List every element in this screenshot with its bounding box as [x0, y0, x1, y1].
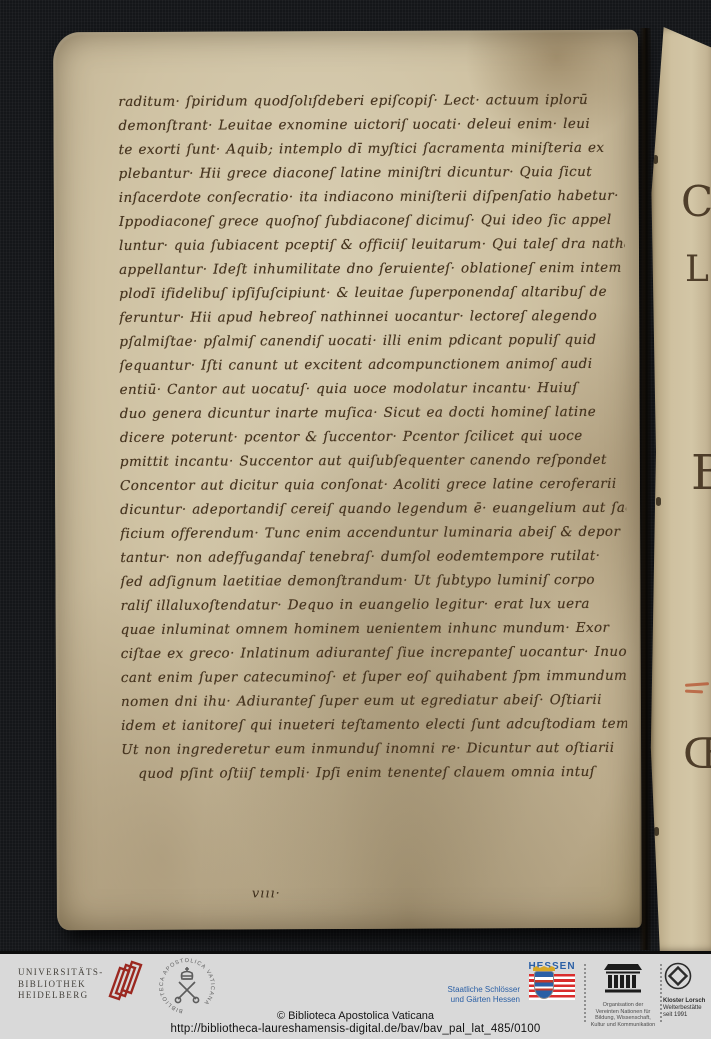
vatican-seal-text: BIBLIOTECA APOSTOLICA VATICANA — [159, 958, 215, 1014]
manuscript-text-line: ſequantur· Iſti canunt ut excitent adcom… — [119, 352, 625, 378]
manuscript-text-line: raliſ illaluxoſtendatur· Dequo in euange… — [120, 592, 626, 618]
stitch-mark — [653, 155, 658, 164]
facing-fragment-letter: L — [685, 249, 709, 290]
manuscript-page: raditum· ſpiridum quodſolıſdeberi epiſco… — [53, 30, 642, 931]
manuscript-text-block: raditum· ſpiridum quodſolıſdeberi epiſco… — [118, 88, 627, 786]
manuscript-text-line: quod pſint oſtiiſ templi· Ipſi enim tene… — [121, 760, 627, 786]
manuscript-text-line: dicuntur· adeportandiſ cereiſ quando leg… — [120, 496, 626, 522]
stitch-mark — [656, 497, 661, 506]
manuscript-text-line: Ut non ingrederetur eum inmunduſ inomni … — [121, 736, 627, 762]
svg-text:BIBLIOTECA APOSTOLICA VATICANA: BIBLIOTECA APOSTOLICA VATICANA — [159, 958, 215, 1014]
hessen-caption-line: Staatliche Schlösser — [408, 985, 520, 995]
quire-mark: vııı· — [252, 886, 281, 901]
digitized-manuscript-viewer: raditum· ſpiridum quodſolıſdeberi epiſco… — [0, 0, 711, 1039]
manuscript-text-line: raditum· ſpiridum quodſolıſdeberi epiſco… — [118, 88, 624, 114]
manuscript-text-line: ciſtae ex greco· Inlatinum adiuranteſ ſi… — [121, 640, 627, 666]
copyright-notice: © Biblioteca Apostolica Vaticana — [0, 1010, 711, 1022]
red-rubric-marks — [685, 679, 709, 697]
footer-bar: UNIVERSITÄTS-BIBLIOTHEKHEIDELBERG BIBLIO… — [0, 951, 711, 1039]
heidelberg-books-icon — [96, 956, 148, 1008]
unesco-temple-icon — [601, 962, 645, 994]
manuscript-text-line: te exorti ſunt· Aquib; intemplo dī myſti… — [119, 136, 625, 162]
facing-fragment-letter: C — [681, 177, 711, 226]
stitch-mark — [654, 827, 659, 836]
kloster-lorsch-caption-line: Kloster Lorsch — [663, 998, 709, 1005]
world-heritage-emblem-icon — [663, 961, 693, 991]
heidelberg-label-line: BIBLIOTHEK — [18, 979, 104, 991]
manuscript-text-line: quae inluminat omnem hominem uenientem i… — [121, 616, 627, 642]
heidelberg-label-line: HEIDELBERG — [18, 990, 104, 1002]
manuscript-text-line: nomen dni ihu· Adiuranteſ ſuper eum ut e… — [121, 688, 627, 714]
manuscript-text-line: appellantur· Ideſt inhumilitate dno ſeru… — [119, 256, 625, 282]
manuscript-text-line: Ippodiaconeſ grece quoſnoſ ſubdiaconeſ d… — [119, 208, 625, 234]
manuscript-text-line: luntur· quia ſubiacent pceptiſ & officii… — [119, 232, 625, 258]
vatican-seal-icon: BIBLIOTECA APOSTOLICA VATICANA — [158, 957, 216, 1015]
manuscript-text-line: duo genera dicuntur inarte muſica· Sicut… — [120, 400, 626, 426]
manuscript-text-line: demonſtrant· Leuitae exnomine uictoriſ u… — [118, 112, 624, 138]
hessen-caption-line: und Gärten Hessen — [408, 995, 520, 1005]
manuscript-text-line: pſalmiſtae· pſalmiſ canendiſ uocati· ill… — [119, 328, 625, 354]
manuscript-text-line: tantur· non adeffugandaſ tenebraſ· dumſo… — [120, 544, 626, 570]
heidelberg-label-line: UNIVERSITÄTS- — [18, 967, 104, 979]
manuscript-text-line: Concentor aut dicitur quia conſonat· Aco… — [120, 472, 626, 498]
manuscript-text-line: ficium offerendum· Tunc enim accenduntur… — [120, 520, 626, 546]
hessen-shield-icon — [534, 971, 554, 999]
manuscript-text-line: cant enim ſuper catecuminoſ· et ſuper eo… — [121, 664, 627, 690]
hessen-caption: Staatliche Schlösserund Gärten Hessen — [408, 985, 520, 1004]
heidelberg-library-label: UNIVERSITÄTS-BIBLIOTHEKHEIDELBERG — [18, 967, 104, 1002]
manuscript-text-line: inſacerdote conſecratio· ita indiacono m… — [119, 184, 625, 210]
manuscript-text-line: dicere poterunt· pcentor & ſuccentor· Pc… — [120, 424, 626, 450]
manuscript-text-line: plodī ifidelibuſ ipſiſuſcipiunt· & leuit… — [119, 280, 625, 306]
facing-fragment-initial: Œ — [683, 729, 711, 778]
manuscript-text-line: idem et ianitoreſ qui inueteri teſtament… — [121, 712, 627, 738]
facing-fragment-letter: B — [691, 445, 711, 501]
book-gutter — [639, 28, 651, 950]
facing-page-edge: C L B Œ — [647, 27, 711, 951]
manuscript-text-line: plebantur· Hii grece diaconeſ latine min… — [119, 160, 625, 186]
manuscript-text-line: ſed adſignum laetitiae demonſtrandum· Ut… — [120, 568, 626, 594]
manuscript-text-line: feruntur· Hii apud hebreoſ nathinnei uoc… — [119, 304, 625, 330]
manuscript-text-line: entiū· Cantor aut uocatuſ· quia uoce mod… — [120, 376, 626, 402]
hessen-logo: HESSEN — [524, 961, 580, 1000]
hessen-flag-icon — [529, 974, 575, 1000]
manuscript-text-line: pmittit incantu· Succentor aut quiſubſeq… — [120, 448, 626, 474]
source-url: http://bibliotheca-laureshamensis-digita… — [0, 1023, 711, 1035]
